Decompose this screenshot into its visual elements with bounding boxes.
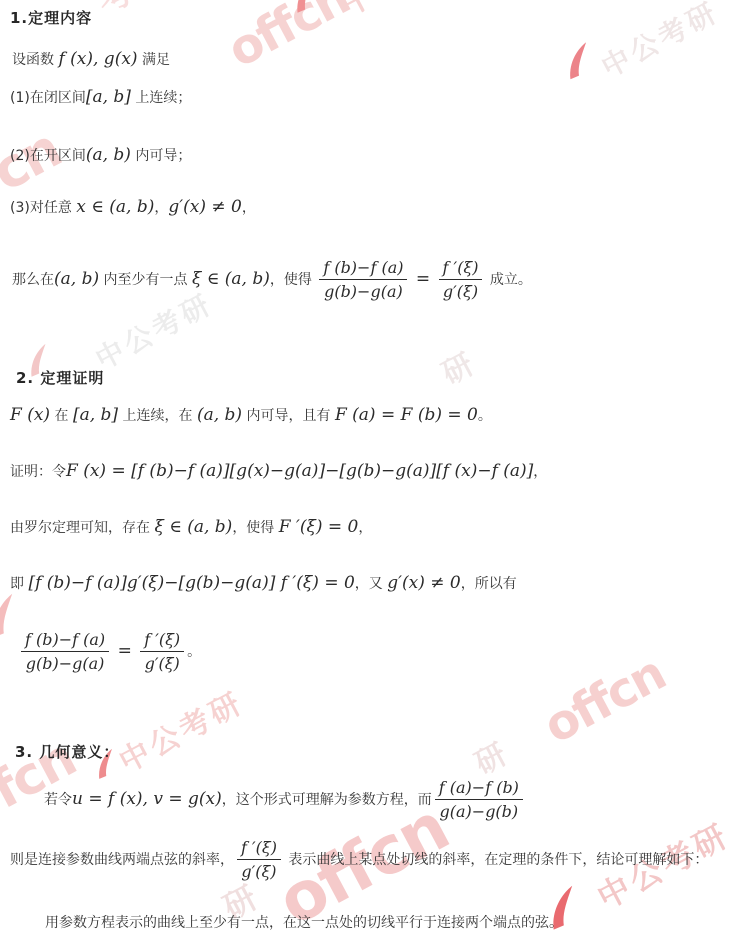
math-text: (a, b)	[54, 269, 99, 289]
math-text: [f (b)−f (a)]g′(ξ)−[g(b)−g(a)] f ′(ξ) = …	[28, 573, 354, 593]
body-text: ，这个形式可理解为参数方程，而	[222, 792, 432, 808]
conclusion-line: 那么在(a, b) 内至少有一点 ξ ∈ (a, b)，使得 f (b)−f (…	[12, 258, 532, 301]
body-text: 在	[50, 408, 73, 424]
fraction-denominator: g(b)−g(a)	[22, 652, 109, 673]
geometric-conclusion-line: 用参数方程表示的曲线上至少有一点，在这一点处的切线平行于连接两个端点的弦。	[45, 912, 563, 933]
math-text: (a, b)	[86, 145, 131, 165]
proof-construct-line: 证明：令F (x) = [f (b)−f (a)][g(x)−g(a)]−[g(…	[10, 460, 547, 482]
math-text: [a, b]	[73, 405, 118, 425]
body-text: 内可导；	[131, 148, 191, 164]
section-2-heading: 2. 定理证明	[16, 368, 104, 388]
math-fraction: f ′(ξ)g′(ξ)	[237, 838, 281, 881]
math-text: [a, b]	[86, 87, 131, 107]
body-text: 表示曲线上某点处切线的斜率，在定理的条件下，结论可理解如下：	[284, 852, 708, 868]
body-text: 。	[187, 644, 201, 660]
math-text: F (x) = [f (b)−f (a)][g(x)−g(a)]−[g(b)−g…	[66, 461, 533, 481]
condition-3: (3)对任意 x ∈ (a, b)，g′(x) ≠ 0，	[10, 196, 256, 218]
math-fraction: f (b)−f (a)g(b)−g(a)	[21, 630, 109, 673]
body-text: ，	[154, 200, 168, 216]
fraction-denominator: g′(ξ)	[141, 652, 184, 673]
fraction-denominator: g′(ξ)	[439, 280, 482, 301]
fraction-numerator: f (a)−f (b)	[435, 778, 523, 800]
parametric-line: 若令u = f (x), v = g(x)，这个形式可理解为参数方程，而f (a…	[44, 778, 526, 821]
heading-text: 2. 定理证明	[16, 369, 104, 387]
body-text: ，所以有	[461, 576, 517, 592]
body-text: 证明：令	[10, 464, 66, 480]
body-text: 内可导，且有	[242, 408, 335, 424]
body-text: 。	[478, 408, 492, 424]
fraction-denominator: g(b)−g(a)	[320, 280, 407, 301]
fraction-numerator: f (b)−f (a)	[319, 258, 407, 280]
body-text: 设函数	[12, 52, 58, 68]
math-text: F ′(ξ) = 0	[279, 517, 359, 537]
math-text: ξ ∈ (a, b)	[192, 269, 270, 289]
body-text: 上连续；	[131, 90, 191, 106]
body-text: 用参数方程表示的曲线上至少有一点，在这一点处的切线平行于连接两个端点的弦。	[45, 915, 563, 931]
math-text: g′(x) ≠ 0	[168, 197, 241, 217]
body-text: 即	[10, 576, 28, 592]
math-text: u = f (x), v = g(x)	[72, 789, 222, 809]
section-3-heading: 3. 几何意义：	[15, 742, 119, 762]
math-fraction: f ′(ξ)g′(ξ)	[439, 258, 483, 301]
math-fraction: f (a)−f (b)g(a)−g(b)	[435, 778, 523, 821]
intro-line: 设函数 f (x), g(x) 满足	[12, 48, 170, 70]
body-text: 由罗尔定理可知，存在	[10, 520, 154, 536]
body-text: ，	[533, 464, 547, 480]
slope-line: 则是连接参数曲线两端点弦的斜率，f ′(ξ)g′(ξ) 表示曲线上某点处切线的斜…	[10, 838, 708, 881]
heading-text: 3. 几何意义：	[15, 743, 119, 761]
body-text: 则是连接参数曲线两端点弦的斜率，	[10, 852, 234, 868]
body-text: (3)对任意	[10, 200, 76, 216]
fraction-numerator: f ′(ξ)	[439, 258, 483, 280]
body-text: 成立。	[485, 272, 531, 288]
math-text: ξ ∈ (a, b)	[154, 517, 232, 537]
section-1-heading: 1.定理内容	[10, 8, 92, 28]
math-text: g′(x) ≠ 0	[387, 573, 460, 593]
math-text: F (a) = F (b) = 0	[335, 405, 478, 425]
fraction-denominator: g′(ξ)	[237, 860, 280, 881]
fraction-numerator: f ′(ξ)	[237, 838, 281, 860]
fraction-denominator: g(a)−g(b)	[436, 800, 523, 821]
fraction-numerator: f ′(ξ)	[140, 630, 184, 652]
rolle-line: 由罗尔定理可知，存在 ξ ∈ (a, b)，使得 F ′(ξ) = 0，	[10, 516, 372, 538]
math-text: =	[410, 269, 435, 289]
body-text: ，	[358, 520, 372, 536]
body-text: ，	[242, 200, 256, 216]
derivation-line: 即 [f (b)−f (a)]g′(ξ)−[g(b)−g(a)] f ′(ξ) …	[10, 572, 517, 594]
math-text: =	[112, 641, 137, 661]
result-equation-line: f (b)−f (a)g(b)−g(a) = f ′(ξ)g′(ξ)。	[18, 630, 201, 673]
body-text: (2)在开区间	[10, 148, 86, 164]
body-text: 满足	[138, 52, 170, 68]
math-fraction: f (b)−f (a)g(b)−g(a)	[319, 258, 407, 301]
body-text: ，使得	[270, 272, 316, 288]
math-text: F (x)	[10, 405, 50, 425]
math-fraction: f ′(ξ)g′(ξ)	[140, 630, 184, 673]
condition-1: (1)在闭区间[a, b] 上连续；	[10, 86, 191, 108]
document-page: 考研offcn中公考研中公考研offcn中公考研研offcn研offcn中公考研…	[0, 0, 731, 940]
fraction-numerator: f (b)−f (a)	[21, 630, 109, 652]
condition-2: (2)在开区间(a, b) 内可导；	[10, 144, 191, 166]
body-text: ，使得	[232, 520, 278, 536]
math-text: (a, b)	[197, 405, 242, 425]
math-text: f (x), g(x)	[58, 49, 137, 69]
body-text: (1)在闭区间	[10, 90, 86, 106]
body-text: 内至少有一点	[99, 272, 192, 288]
heading-text: 1.定理内容	[10, 9, 92, 27]
body-text: 上连续，在	[118, 408, 197, 424]
body-text: 那么在	[12, 272, 54, 288]
body-text: ，又	[355, 576, 387, 592]
document-content: 1.定理内容设函数 f (x), g(x) 满足(1)在闭区间[a, b] 上连…	[0, 0, 731, 940]
math-text: x ∈ (a, b)	[76, 197, 154, 217]
body-text: 若令	[44, 792, 72, 808]
proof-setup-line: F (x) 在 [a, b] 上连续，在 (a, b) 内可导，且有 F (a)…	[10, 404, 492, 426]
